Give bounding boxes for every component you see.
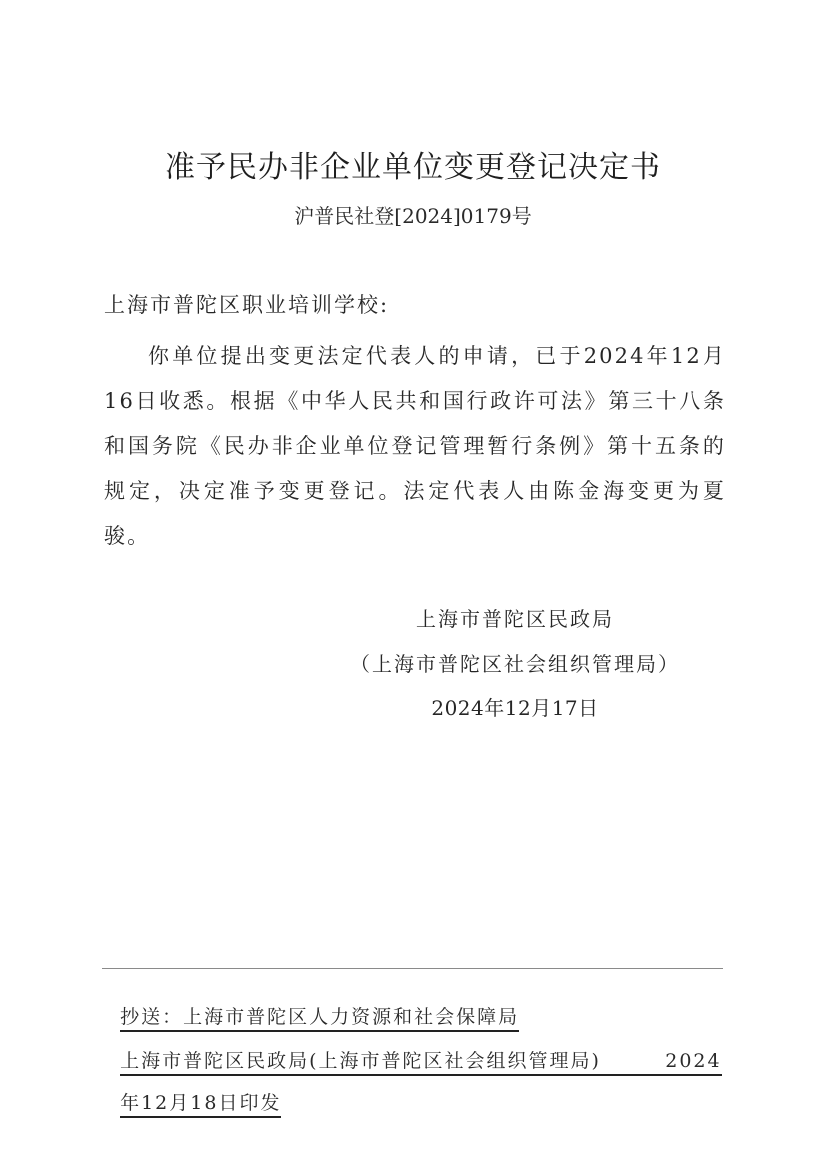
document-number: 沪普民社登[2024]0179号	[0, 200, 826, 229]
recipient: 上海市普陀区职业培训学校:	[104, 289, 389, 319]
signature-sub-organization: （上海市普陀区社会组织管理局）	[350, 648, 680, 677]
body-paragraph: 你单位提出变更法定代表人的申请，已于2024年12月16日收悉。根据《中华人民共…	[104, 334, 726, 559]
signature-organization: 上海市普陀区民政局	[350, 603, 680, 632]
footer-cc: 抄送：上海市普陀区人力资源和社会保障局	[104, 980, 519, 1029]
footer-divider	[102, 968, 723, 969]
document-title: 准予民办非企业单位变更登记决定书	[0, 142, 826, 186]
footer-issue-date: 年12月18日印发	[104, 1066, 281, 1115]
signature-date: 2024年12月17日	[350, 692, 680, 721]
footer-issue-date-text: 年12月18日印发	[120, 1092, 281, 1118]
